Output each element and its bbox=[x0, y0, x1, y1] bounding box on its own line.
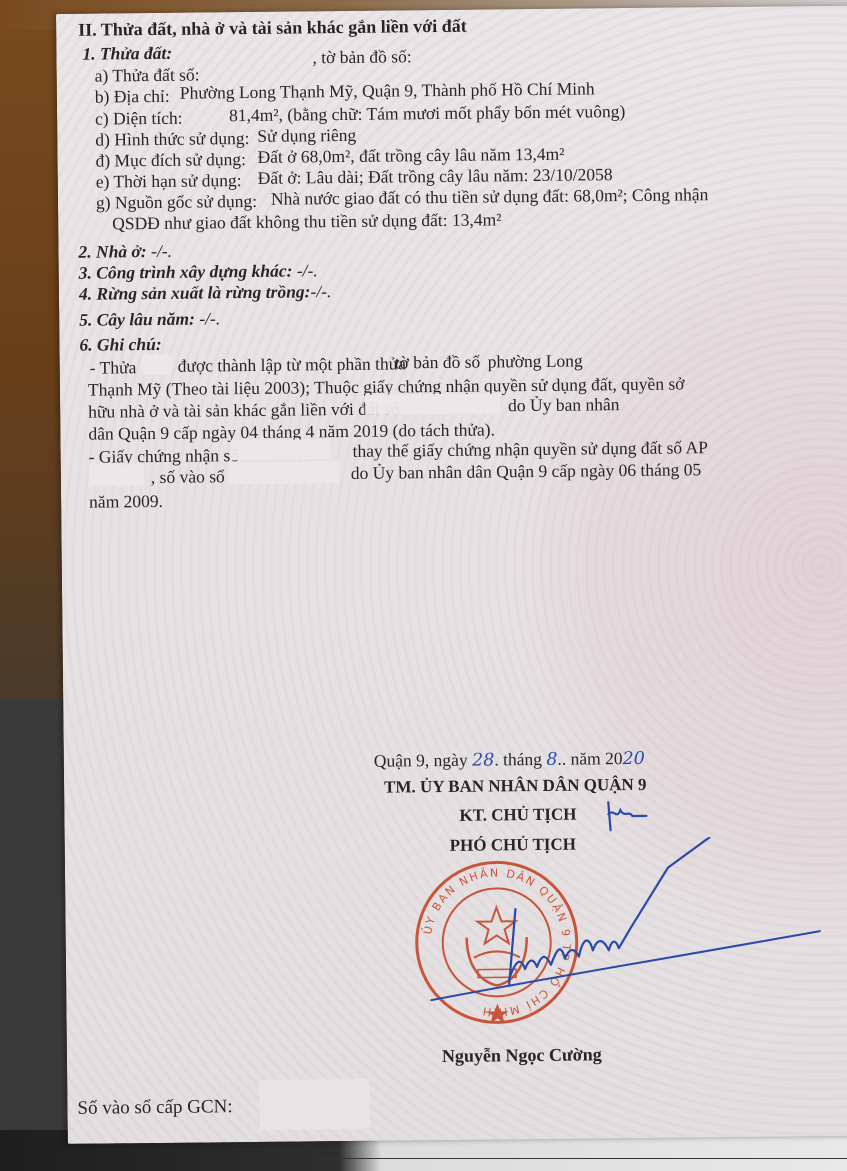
signing-day: 28 bbox=[472, 750, 494, 770]
house-label: 2. Nhà ở: -/-. bbox=[78, 241, 172, 262]
section-title: II. Thửa đất, nhà ở và tài sản khác gắn … bbox=[78, 16, 467, 40]
usage-origin-value-cont: QSDĐ như giao đất không thu tiền sử dụng… bbox=[112, 209, 501, 233]
background-line bbox=[315, 1158, 847, 1159]
redacted-field bbox=[89, 463, 144, 486]
notes-line6b: do Ủy ban nhân dân Quận 9 cấp ngày 06 th… bbox=[351, 459, 702, 483]
redacted-field bbox=[230, 439, 330, 460]
notes-line3a: hữu nhà ở và tài sản khác gắn liền với đ… bbox=[88, 398, 400, 421]
usage-term-value: Đất ở: Lâu dài; Đất trồng cây lâu năm: 2… bbox=[258, 164, 613, 188]
signing-month: 8 bbox=[546, 750, 557, 770]
notes-line3b: do Ủy ban nhân bbox=[508, 394, 620, 415]
gcn-register-label: Số vào sổ cấp GCN: bbox=[77, 1097, 232, 1119]
notes-line1c: tờ bản đồ số bbox=[395, 352, 481, 373]
usage-purpose-label: đ) Mục đích sử dụng: bbox=[95, 149, 246, 171]
notes-line1d: phường Long bbox=[488, 351, 583, 372]
area-label: c) Diện tích: bbox=[95, 108, 183, 129]
usage-form-label: d) Hình thức sử dụng: bbox=[95, 128, 249, 150]
usage-form-value: Sử dụng riêng bbox=[257, 125, 356, 146]
usage-origin-label: g) Nguồn gốc sử dụng: bbox=[96, 191, 257, 213]
forest-label: 4. Rừng sản xuất là rừng trồng:-/-. bbox=[79, 281, 332, 304]
redacted-field bbox=[142, 355, 172, 375]
signing-year-suffix: 20 bbox=[622, 749, 644, 769]
other-construction-label: 3. Công trình xây dựng khác: -/-. bbox=[79, 260, 318, 283]
redacted-field bbox=[365, 393, 500, 414]
map-sheet-label: , tờ bản đồ số: bbox=[312, 46, 411, 67]
redacted-field bbox=[259, 1079, 370, 1130]
address-value: Phường Long Thạnh Mỹ, Quận 9, Thành phố … bbox=[180, 78, 595, 102]
issuing-org: TM. ỦY BAN NHÂN DÂN QUẬN 9 bbox=[384, 775, 647, 798]
notes-line1b: được thành lập từ một phần thửa bbox=[178, 353, 406, 375]
notes-line1a: - Thửa bbox=[90, 357, 137, 377]
signer-role-1: KT. CHỦ TỊCH bbox=[459, 805, 576, 826]
perennial-label: 5. Cây lâu năm: -/-. bbox=[79, 308, 220, 329]
notes-line7: năm 2009. bbox=[89, 491, 163, 512]
usage-origin-value: Nhà nước giao đất có thu tiền sử dụng đấ… bbox=[271, 184, 709, 209]
notes-line6a: , số vào sổ bbox=[151, 466, 225, 487]
usage-term-label: e) Thời hạn sử dụng: bbox=[96, 170, 242, 192]
area-value: 81,4m², (bằng chữ: Tám mươi mốt phẩy bốn… bbox=[229, 101, 625, 125]
land-heading: 1. Thửa đất: bbox=[82, 43, 172, 64]
signer-name: Nguyễn Ngọc Cường bbox=[442, 1044, 602, 1066]
redacted-field bbox=[229, 461, 339, 484]
usage-purpose-value: Đất ở 68,0m², đất trồng cây lâu năm 13,4… bbox=[257, 144, 564, 167]
notes-line5b: thay thế giấy chứng nhận quyền sử dụng đ… bbox=[352, 437, 708, 461]
signature-ink bbox=[420, 836, 822, 1010]
address-label: b) Địa chỉ: bbox=[95, 86, 170, 107]
signing-date: Quận 9, ngày 28. tháng 8.. năm 2020 bbox=[374, 748, 645, 772]
certificate-page: II. Thửa đất, nhà ở và tài sản khác gắn … bbox=[56, 6, 847, 1144]
initials-mark bbox=[602, 796, 652, 837]
notes-heading: 6. Ghi chú: bbox=[79, 334, 161, 355]
